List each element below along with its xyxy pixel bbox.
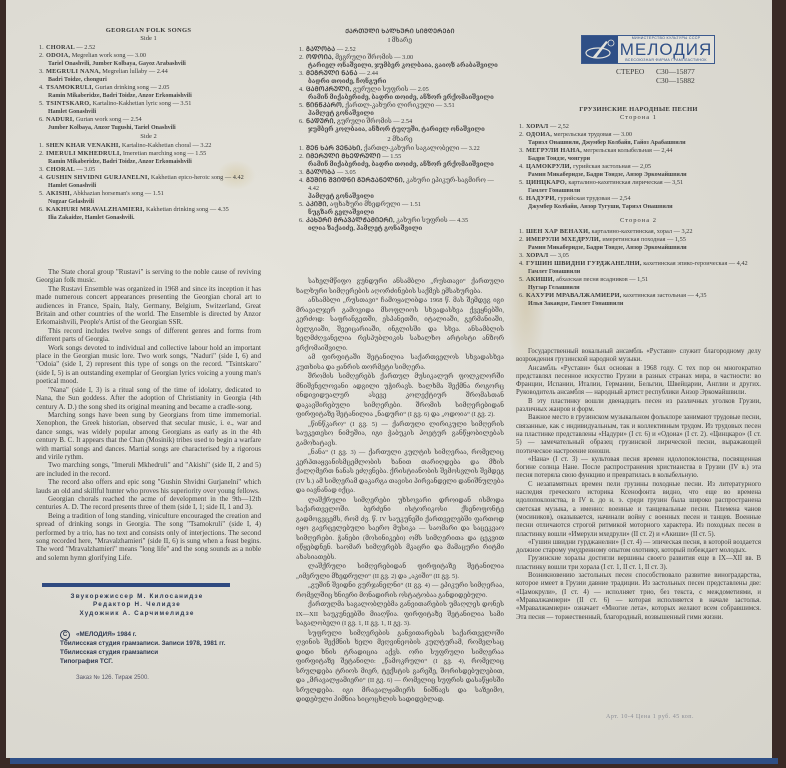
track-performers: რამინ მიქაბერიძე, ბადრი თოიძე, ანზორ ერქ… (296, 94, 504, 102)
printer-line: Типография ТСГ. (60, 658, 225, 667)
track-title: ODOIA, (46, 52, 70, 59)
track-performers: ტარიელ ონაშვილი, ჯუმბერ კოლბაია, გაიოზ ა… (296, 62, 504, 70)
english-liner-notes: The State choral group "Rustavi" is serv… (36, 268, 261, 562)
track-title: МЕГРУЛИ НАНА, (526, 147, 582, 154)
track-number: 6. (299, 118, 306, 126)
liner-paragraph: „გუშინ შვიდნი გურჯანელნი“ (II გვ. 4) — ე… (296, 581, 504, 600)
track-title: ᲙᲐᲮᲣᲠᲘ ᲛᲠᲐᲕᲐᲚᲟᲐᲛᲘᲔᲠᲘ, (306, 217, 395, 224)
liner-paragraph: «Нана» (I ст. 3) — культовая песня време… (516, 456, 761, 481)
liner-paragraph: Возникновению застольных песен способств… (516, 572, 761, 622)
liner-paragraph: «Гушин швидни гурджанелни» (I ст. 4) — э… (516, 539, 761, 556)
track-description: Megrelian lullaby — 2.44 (101, 68, 168, 75)
track-title: ᲘᲛᲔᲠᲣᲚᲘ ᲛᲮᲔᲓᲠᲣᲚᲘ (306, 153, 381, 160)
russian-title: ГРУЗИНСКИЕ НАРОДНЫЕ ПЕСНИ (516, 106, 761, 113)
track-title: КАХУРИ МРАВАЛЖАМИЕРИ, (526, 292, 622, 299)
track-item: 1.SHEN KHAR VENAKHI, Kartalino-Kakhetian… (36, 142, 261, 150)
track-item: 6.ᲜᲐᲓᲣᲠᲘ, გურული შრომის — 2.54 (296, 118, 504, 126)
track-performers: Бадри Тоидзе, чонгури (516, 155, 761, 163)
track-number: 4. (519, 163, 526, 171)
georgian-side2-label: 2 მხარე (296, 135, 504, 143)
melodiya-logo: МИНИСТЕРСТВО КУЛЬТУРЫ СССР МЕЛОДИЯ ВСЕСО… (581, 35, 715, 64)
track-description: — 3.05 (335, 169, 355, 176)
track-title: IMERULI MKHEDRULI, (46, 150, 121, 157)
track-item: 3.MEGRULI NANA, Megrelian lullaby — 2.44 (36, 68, 261, 76)
track-item: 6.НАДУРИ, гурийская трудовая — 2,54 (516, 195, 761, 203)
track-description: აფხაზური მხედრული — 1.51 (328, 201, 421, 208)
track-title: ᲐᲙᲘᲨᲘ, (306, 201, 328, 208)
track-number: 1. (519, 123, 526, 131)
track-description: — 2.52 (335, 46, 355, 53)
russian-side1-tracklist: 1.ХОРАЛ — 2,522.ОДОИА, мегрельская трудо… (516, 123, 761, 211)
blue-divider (42, 583, 230, 587)
format-label: СТЕРЕО (616, 67, 656, 76)
track-number: 3. (519, 147, 526, 155)
credit-artist: Художник А. Сарчимелидзе (42, 610, 232, 618)
track-item: 2.ИМЕРУЛИ МХЕДРУЛИ, имеретинская походна… (516, 236, 761, 244)
track-performers: Гамлет Гонашвили (516, 268, 761, 276)
track-title: CHORAL (46, 166, 75, 173)
liner-paragraph: ლაშქრული სიმღერებიდან ფირფიტაზე შეტანილი… (296, 562, 504, 581)
track-description: ქართლ-კახური საგალობელი — 3.22 (362, 145, 480, 152)
liner-paragraph: Two marching songs, "Imeruli Mkhedruli" … (36, 461, 261, 478)
georgian-liner-notes: სახელმწიფო გუნდური ანსამბლი „რუსთავი“ ქა… (296, 277, 504, 705)
track-item: 1.ᲒᲐᲚᲝᲑᲐ — 2.52 (296, 46, 504, 54)
track-number: 3. (39, 166, 46, 174)
track-item: 6.KAKHURI MRAVALZHAMIERI, Kakhetian drin… (36, 206, 261, 214)
liner-paragraph: Being a tradition of long standing, vini… (36, 512, 261, 562)
georgian-title: ᲥᲐᲠᲗᲣᲚᲘ ᲮᲐᲚᲮᲣᲠᲘ ᲡᲘᲛᲦᲔᲠᲔᲑᲘ (296, 27, 504, 35)
track-description: — 2,52 (548, 123, 568, 130)
track-performers: Нугзар Гелашвили (516, 284, 761, 292)
track-description: — 3.05 (75, 166, 95, 173)
track-item: 5.TSINTSKARO, Kartalino-Kakhetian lyric … (36, 100, 261, 108)
track-title: GUSHIN SHVIDNI GURJANELNI, (46, 174, 149, 181)
liner-paragraph: "Nana" (side I, 3) is a ritual song of t… (36, 386, 261, 411)
track-title: AKISHI, (46, 190, 72, 197)
english-title: GEORGIAN FOLK SONGS (36, 27, 261, 34)
studio-line: Тбилисская студия грамзаписи. Записи 197… (60, 640, 225, 649)
track-number: 2. (39, 52, 46, 60)
order-number: Заказ № 126. Тираж 2500. (76, 675, 149, 681)
track-performers: Hamlet Gonashvili (36, 182, 261, 190)
track-description: кахетинская застольная — 4,35 (622, 292, 707, 299)
track-number: 4. (299, 177, 306, 185)
track-description: მეგრული შრომის — 3.00 (334, 54, 414, 61)
track-item: 4.ГУШИН ШВИДНИ ГУРДЖАНЕЛНИ, кахетинская … (516, 260, 761, 268)
copyright-block: C«МЕЛОДИЯ» 1984 г. Тбилисская студия гра… (74, 630, 225, 666)
track-title: ХОРАЛ (526, 123, 548, 130)
english-side2-label: Side 2 (36, 133, 261, 140)
track-number: 4. (519, 260, 526, 268)
copyright-text: «МЕЛОДИЯ» 1984 г. (76, 631, 136, 638)
track-item: 3.ХОРАЛ — 3,05 (516, 252, 761, 260)
track-number: 2. (39, 150, 46, 158)
track-title: TSINTSKARO, (46, 100, 91, 107)
track-description: Abkhazian horseman's song — 1.51 (72, 190, 164, 197)
track-item: 6.КАХУРИ МРАВАЛЖАМИЕРИ, кахетинская заст… (516, 292, 761, 300)
track-title: ᲛᲔᲒᲠᲣᲚᲘ ᲜᲐᲜᲐ (306, 70, 358, 77)
track-description: ქართლ-კახური ლირიკული — 3.51 (344, 102, 455, 109)
logo-company-text: ВСЕСОЮЗНАЯ ФИРМА ГРАМПЛАСТИНОК (618, 58, 714, 63)
english-side1-label: Side 1 (36, 35, 261, 42)
track-item: 6.NADURI, Gurian work song — 2.54 (36, 116, 261, 124)
liner-paragraph: В эту пластинку вошли двенадцать песен и… (516, 398, 761, 415)
track-description: кахетинская эпико-героическая — 4,42 (642, 260, 748, 267)
track-title: ᲪᲐᲛᲝᲙᲠᲣᲚᲘ, (306, 86, 351, 93)
track-title: ИМЕРУЛИ МХЕДРУЛИ, (526, 236, 601, 243)
track-title: АКИШИ, (526, 276, 555, 283)
production-credits: Звукорежиссер М. Килосанидзе Редактор Н.… (42, 593, 232, 618)
track-performers: ჯუმბერ კოლბაია, ანზორ ტუღუში, ტარიელ ონა… (296, 126, 504, 134)
price-label: Арт. 10-4 Цена 1 руб. 45 коп. (606, 714, 694, 720)
track-performers: Тариэл Онашвили, Джумбер Колбайя, Гайоз … (516, 139, 761, 147)
track-performers: ილია ზაქაიძე, ჰამლეტ გონაშვილი (296, 225, 504, 233)
track-item: 1.CHORAL — 2.52 (36, 44, 261, 52)
track-number: 2. (519, 236, 526, 244)
track-number: 6. (519, 195, 526, 203)
track-number: 1. (519, 228, 526, 236)
english-side2-tracklist: 1.SHEN KHAR VENAKHI, Kartalino-Kakhetian… (36, 142, 261, 222)
track-item: 2.ᲝᲓᲝᲘᲐ, მეგრული შრომის — 3.00 (296, 54, 504, 62)
track-description: гурийская трудовая — 2,54 (556, 195, 630, 202)
track-number: 3. (299, 169, 306, 177)
track-description: карталино-кахетинская лирическая — 3,51 (567, 179, 683, 186)
track-title: ОДОИА, (526, 131, 552, 138)
melodiya-emblem-icon (582, 36, 618, 63)
track-performers: Tariel Onashvili, Jumber Kolbaya, Gayoz … (36, 60, 261, 68)
track-performers: Гамлет Гонашвили (516, 187, 761, 195)
track-title: TSAMOKRULI, (46, 84, 94, 91)
liner-paragraph: This record includes twelve songs of dif… (36, 327, 261, 344)
track-description: გურული შრომის — 2.54 (335, 118, 412, 125)
track-item: 1.ᲨᲔᲜ ᲮᲐᲠ ᲕᲔᲜᲐᲮᲘ, ქართლ-კახური საგალობელ… (296, 145, 504, 153)
track-item: 3.МЕГРУЛИ НАНА, мегрельская колыбельная … (516, 147, 761, 155)
track-item: 4.GUSHIN SHVIDNI GURJANELNI, Kakhetian e… (36, 174, 261, 182)
track-item: 4.ᲪᲐᲛᲝᲙᲠᲣᲚᲘ, გურული სუფრის — 2.05 (296, 86, 504, 94)
russian-side1-label: Сторона 1 (516, 114, 761, 121)
track-item: 3.CHORAL — 3.05 (36, 166, 261, 174)
liner-paragraph: სახელმწიფო გუნდური ანსამბლი „რუსთავი“ ქა… (296, 277, 504, 296)
track-title: ᲬᲘᲜᲬᲙᲐᲠᲝ, (306, 102, 344, 109)
track-description: Imeretian marching song — 1.55 (121, 150, 206, 157)
track-number: 1. (299, 145, 306, 153)
liner-paragraph: Важное место в грузинском музыкальном фо… (516, 414, 761, 455)
track-description: абхазская песня всадников — 1,51 (555, 276, 649, 283)
track-title: ᲒᲐᲚᲝᲑᲐ (306, 169, 335, 176)
track-item: 5.АКИШИ, абхазская песня всадников — 1,5… (516, 276, 761, 284)
track-title: SHEN KHAR VENAKHI, (46, 142, 120, 149)
track-number: 4. (39, 84, 46, 92)
track-number: 5. (39, 190, 46, 198)
studio-line: Тбилисская студия грамзаписи (60, 649, 225, 658)
track-number: 1. (39, 142, 46, 150)
liner-paragraph: Государственный вокальный ансамбль «Руст… (516, 348, 761, 365)
track-description: — 3,05 (548, 252, 568, 259)
track-title: ШЕН ХАР ВЕНАХИ, (526, 228, 590, 235)
track-item: 3.ᲒᲐᲚᲝᲑᲐ — 3.05 (296, 169, 504, 177)
track-item: 1.ХОРАЛ — 2,52 (516, 123, 761, 131)
track-performers: Рамин Микаберидзе, Бадри Тоидзе, Анзор Э… (516, 244, 761, 252)
track-number: 1. (299, 46, 306, 54)
track-item: 2.ODOIA, Megrelian work song — 3.00 (36, 52, 261, 60)
track-title: KAKHURI MRAVALZHAMIERI, (46, 206, 144, 213)
track-performers: Nugzar Gelashvili (36, 198, 261, 206)
track-title: ᲜᲐᲓᲣᲠᲘ, (306, 118, 335, 125)
track-number: 1. (39, 44, 46, 52)
track-description: Kartalino-Kakhetian choral — 3.22 (120, 142, 211, 149)
track-number: 6. (39, 116, 46, 124)
track-performers: Джумбер Колбайя, Анзор Тугуши, Тариэл Он… (516, 203, 761, 211)
track-number: 3. (519, 252, 526, 260)
track-item: 5.ЦИНЦКАРО, карталино-кахетинская лириче… (516, 179, 761, 187)
georgian-side2-tracklist: 1.ᲨᲔᲜ ᲮᲐᲠ ᲕᲔᲜᲐᲮᲘ, ქართლ-კახური საგალობელ… (296, 145, 504, 233)
track-item: 4.TSAMOKRULI, Gurian drinking song — 2.0… (36, 84, 261, 92)
logo-brand-name: МЕЛОДИЯ (618, 41, 714, 58)
track-performers: Jumber Kolbaya, Anzor Tugushi, Tariel On… (36, 124, 261, 132)
track-number: 4. (299, 86, 306, 94)
track-title: ᲒᲣᲨᲘᲜ ᲨᲕᲘᲓᲜᲘ ᲒᲣᲠᲯᲐᲜᲔᲚᲜᲘ, (306, 177, 405, 184)
track-item: 4.ᲒᲣᲨᲘᲜ ᲨᲕᲘᲓᲜᲘ ᲒᲣᲠᲯᲐᲜᲔᲚᲜᲘ, კახური ეპიკურ… (296, 177, 504, 193)
track-item: 2.ᲘᲛᲔᲠᲣᲚᲘ ᲛᲮᲔᲓᲠᲣᲚᲘ — 1.55 (296, 153, 504, 161)
liner-paragraph: ქართულმა საგალობლებმა განვითარების უმაღლ… (296, 600, 504, 629)
track-title: MEGRULI NANA, (46, 68, 101, 75)
track-title: ᲨᲔᲜ ᲮᲐᲠ ᲕᲔᲜᲐᲮᲘ, (306, 145, 362, 152)
track-number: 6. (519, 292, 526, 300)
georgian-side1-label: I მხარე (296, 36, 504, 44)
track-title: ХОРАЛ (526, 252, 548, 259)
track-performers: Илья Закаидзе, Гамлет Гонашвили (516, 300, 761, 308)
track-description: გურული სუფრის — 2.05 (351, 86, 428, 93)
russian-side2-label: Сторона 2 (516, 217, 761, 224)
track-item: 5.ᲐᲙᲘᲨᲘ, აფხაზური მხედრული — 1.51 (296, 201, 504, 209)
track-number: 6. (299, 217, 306, 225)
track-item: 4.ЦАМОКРУЛИ, гурийская застольная — 2,05 (516, 163, 761, 171)
track-number: 5. (299, 102, 306, 110)
track-description: гурийская застольная — 2,05 (572, 163, 652, 170)
liner-paragraph: Georgian chorals reached the acme of dev… (36, 495, 261, 512)
track-description: Gurian drinking song — 2.05 (94, 84, 170, 91)
track-number: 3. (39, 68, 46, 76)
english-side1-tracklist: 1.CHORAL — 2.522.ODOIA, Megrelian work s… (36, 44, 261, 132)
liner-paragraph: „ნანა“ (I გვ. 3) — ქართული კულტის სიმღერ… (296, 448, 504, 496)
track-description: — 2.52 (75, 44, 95, 51)
georgian-side1-tracklist: 1.ᲒᲐᲚᲝᲑᲐ — 2.522.ᲝᲓᲝᲘᲐ, მეგრული შრომის —… (296, 46, 504, 134)
track-performers: Hamlet Gonashvili (36, 108, 261, 116)
track-description: имеретинская походная — 1,55 (601, 236, 686, 243)
liner-paragraph: Ансамбль «Рустави» был основан в 1968 го… (516, 365, 761, 398)
liner-paragraph: სუფრული სიმღერების განვითარებას საქართვე… (296, 629, 504, 705)
english-column: GEORGIAN FOLK SONGS Side 1 1.CHORAL — 2.… (36, 0, 261, 562)
track-title: CHORAL (46, 44, 75, 51)
track-description: Kartalino-Kakhetian lyric song — 3.51 (91, 100, 191, 107)
track-item: 5.ᲬᲘᲜᲬᲙᲐᲠᲝ, ქართლ-კახური ლირიკული — 3.51 (296, 102, 504, 110)
track-item: 6.ᲙᲐᲮᲣᲠᲘ ᲛᲠᲐᲕᲐᲚᲟᲐᲛᲘᲔᲠᲘ, კახური სუფრის — … (296, 217, 504, 225)
track-performers: Ramin Mikaberidze, Badri Toidze, Anzor E… (36, 158, 261, 166)
track-performers: Рамин Микаберидзе, Бадри Тоидзе, Анзор Э… (516, 171, 761, 179)
georgian-column: ᲥᲐᲠᲗᲣᲚᲘ ᲮᲐᲚᲮᲣᲠᲘ ᲡᲘᲛᲦᲔᲠᲔᲑᲘ I მხარე 1.ᲒᲐᲚᲝ… (296, 0, 504, 705)
track-performers: Ilia Zakaidze, Hamlet Gonashvili. (36, 214, 261, 222)
track-performers: ბადრი თოიძე, ჩონგური (296, 78, 504, 86)
track-item: 2.ОДОИА, мегрельская трудовая — 3.00 (516, 131, 761, 139)
track-performers: ჰამლეტ გონაშვილი (296, 110, 504, 118)
track-number: 5. (299, 201, 306, 209)
track-number: 5. (519, 276, 526, 284)
liner-paragraph: The Rustavi Ensemble was organized in 19… (36, 285, 261, 327)
track-number: 3. (299, 70, 306, 78)
track-performers: Ramin Mikaberidze, Badri Toidze, Anzor E… (36, 92, 261, 100)
track-description: — 2.44 (358, 70, 378, 77)
track-description: карталино-кахетинская, хорал — 3,22 (590, 228, 693, 235)
sleeve-bottom-edge (10, 758, 778, 764)
track-number: 5. (39, 100, 46, 108)
liner-paragraph: Marching songs have been sung by Georgia… (36, 411, 261, 461)
track-title: ГУШИН ШВИДНИ ГУРДЖАНЕЛНИ, (526, 260, 642, 267)
russian-column: ГРУЗИНСКИЕ НАРОДНЫЕ ПЕСНИ Сторона 1 1.ХО… (516, 84, 761, 622)
track-description: Gurian work song — 2.54 (74, 116, 142, 123)
track-description: კახური სუფრის — 4.35 (395, 217, 468, 224)
track-item: 1.ШЕН ХАР ВЕНАХИ, карталино-кахетинская,… (516, 228, 761, 236)
liner-paragraph: „წინწკარო“ (I გვ. 5) — ქართული ლირიკული … (296, 420, 504, 449)
track-title: ЦАМОКРУЛИ, (526, 163, 572, 170)
liner-paragraph: Грузинские хоралы достигли вершины своег… (516, 555, 761, 572)
russian-liner-notes: Государственный вокальный ансамбль «Руст… (516, 348, 761, 622)
track-title: ЦИНЦКАРО, (526, 179, 567, 186)
liner-paragraph: ანსამბლი „რუსთავი“ ჩამოყალიბდა 1968 წ. მ… (296, 296, 504, 353)
record-sleeve-back: GEORGIAN FOLK SONGS Side 1 1.CHORAL — 2.… (6, 0, 772, 758)
catalog-number: С30—15877 (656, 67, 695, 76)
track-performers: ნუგზარ გელაშვილი (296, 209, 504, 217)
track-performers: ჰამლეტ გონაშვილი (296, 193, 504, 201)
track-item: 5.AKISHI, Abkhazian horseman's song — 1.… (36, 190, 261, 198)
credit-sound-engineer: Звукорежиссер М. Килосанидзе (42, 593, 232, 601)
track-performers: Badri Toidze, chonguri (36, 76, 261, 84)
liner-paragraph: The record also offers and epic song "Gu… (36, 478, 261, 495)
copyright-icon: C (60, 630, 70, 640)
track-number: 6. (39, 206, 46, 214)
track-number: 2. (299, 153, 306, 161)
track-title: ᲝᲓᲝᲘᲐ, (306, 54, 334, 61)
liner-paragraph: ამ ფირფიტაში შეტანილია საქართველოს სხვად… (296, 353, 504, 372)
track-description: мегрельская колыбельная — 2,44 (582, 147, 673, 154)
track-description: Kakhetian drinking song — 4.35 (144, 206, 228, 213)
track-number: 2. (299, 54, 306, 62)
track-number: 4. (39, 174, 46, 182)
track-title: ᲒᲐᲚᲝᲑᲐ (306, 46, 335, 53)
track-item: 2.IMERULI MKHEDRULI, Imeretian marching … (36, 150, 261, 158)
track-description: Kakhetian epico-heroic song — 4.42 (149, 174, 243, 181)
track-title: НАДУРИ, (526, 195, 556, 202)
track-title: NADURI, (46, 116, 74, 123)
track-number: 2. (519, 131, 526, 139)
track-description: мегрельская трудовая — 3.00 (552, 131, 632, 138)
track-description: — 1.55 (381, 153, 401, 160)
russian-side2-tracklist: 1.ШЕН ХАР ВЕНАХИ, карталино-кахетинская,… (516, 228, 761, 308)
liner-paragraph: The State choral group "Rustavi" is serv… (36, 268, 261, 285)
track-performers: რამინ მიქაბერიძე, ბადრი თოიძე, ანზორ ერქ… (296, 161, 504, 169)
liner-paragraph: შრომის სიმღერებს ქართულ მუსიკალურ ფოლკლო… (296, 372, 504, 420)
credit-editor: Редактор Н. Челидзе (42, 601, 232, 609)
track-description: Megrelian work song — 3.00 (70, 52, 146, 59)
liner-paragraph: С незапамятных времен пели грузины поход… (516, 481, 761, 539)
liner-paragraph: Work songs devoted to individual and col… (36, 344, 261, 386)
liner-paragraph: ლაშქრული სიმღერები უხსოვარი დროიდან ისმო… (296, 496, 504, 563)
track-item: 3.ᲛᲔᲒᲠᲣᲚᲘ ᲜᲐᲜᲐ — 2.44 (296, 70, 504, 78)
track-number: 5. (519, 179, 526, 187)
catalog-info: СТЕРЕОС30—15877 С30—15882 (616, 67, 695, 85)
